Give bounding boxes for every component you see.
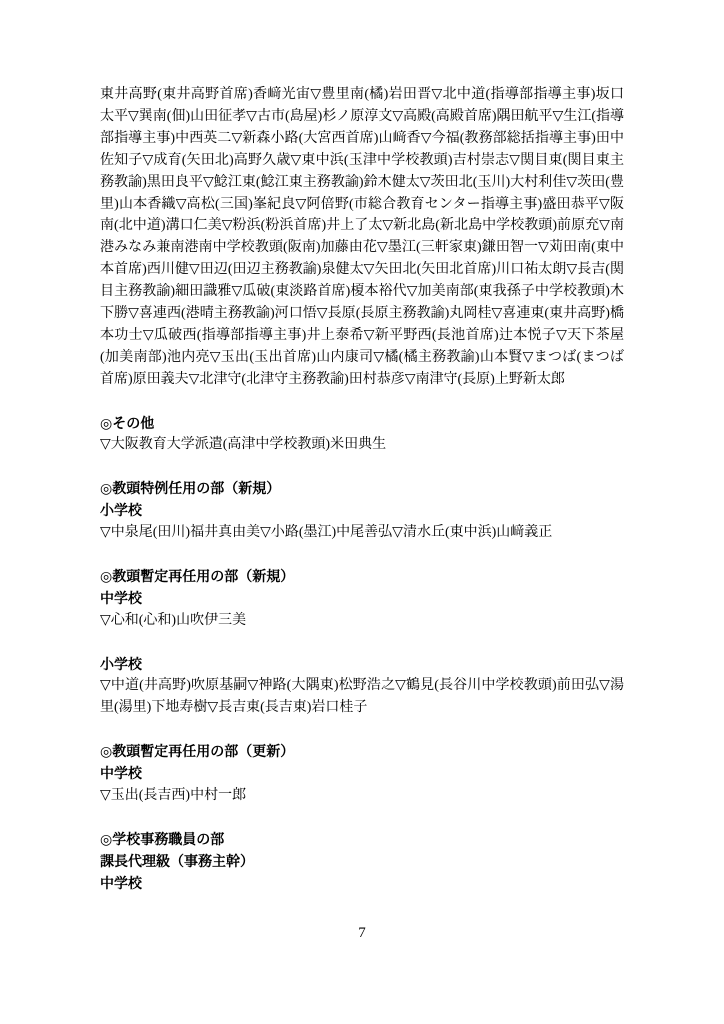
school-level-heading: 中学校 <box>100 588 624 610</box>
appointment-list: ▽中泉尾(田川)福井真由美▽小路(墨江)中尾善弘▽清水丘(東中浜)山﨑義正 <box>100 522 624 544</box>
section-provisional-reappointment-new: ◎教頭暫定再任用の部（新規） 中学校 ▽心和(心和)山吹伊三美 小学校 ▽中道(… <box>100 566 624 719</box>
section-heading: ◎教頭暫定再任用の部（新規） <box>100 566 624 588</box>
school-level-heading: 小学校 <box>100 500 624 522</box>
section-heading: ◎学校事務職員の部 <box>100 829 624 851</box>
appointment-list: ▽大阪教育大学派遣(高津中学校教頭)米田典生 <box>100 434 624 456</box>
section-heading: ◎教頭特例任用の部（新規） <box>100 478 624 500</box>
appointment-list: ▽玉出(長吉西)中村一郎 <box>100 785 624 807</box>
school-level-heading: 小学校 <box>100 654 624 676</box>
document-content: 東井高野(東井高野首席)香﨑光宙▽豊里南(橘)岩田晋▽北中道(指導部指導主事)坂… <box>100 84 624 894</box>
section-heading: ◎教頭暫定再任用の部（更新） <box>100 741 624 763</box>
section-provisional-reappointment-renewal: ◎教頭暫定再任用の部（更新） 中学校 ▽玉出(長吉西)中村一郎 <box>100 741 624 807</box>
section-school-office-staff: ◎学校事務職員の部 課長代理級（事務主幹） 中学校 <box>100 829 624 895</box>
section-heading: ◎その他 <box>100 413 624 435</box>
school-level-heading: 中学校 <box>100 873 624 895</box>
document-page: 東井高野(東井高野首席)香﨑光宙▽豊里南(橘)岩田晋▽北中道(指導部指導主事)坂… <box>0 0 724 1024</box>
section-special-appointment-new: ◎教頭特例任用の部（新規） 小学校 ▽中泉尾(田川)福井真由美▽小路(墨江)中尾… <box>100 478 624 544</box>
section-other: ◎その他 ▽大阪教育大学派遣(高津中学校教頭)米田典生 <box>100 413 624 457</box>
appointments-paragraph-continued: 東井高野(東井高野首席)香﨑光宙▽豊里南(橘)岩田晋▽北中道(指導部指導主事)坂… <box>100 84 624 391</box>
appointment-list: ▽中道(井高野)吹原基嗣▽神路(大隅東)松野浩之▽鶴見(長谷川中学校教頭)前田弘… <box>100 675 624 719</box>
appointment-list: ▽心和(心和)山吹伊三美 <box>100 610 624 632</box>
rank-heading: 課長代理級（事務主幹） <box>100 851 624 873</box>
school-level-heading: 中学校 <box>100 763 624 785</box>
page-number: 7 <box>0 925 724 942</box>
